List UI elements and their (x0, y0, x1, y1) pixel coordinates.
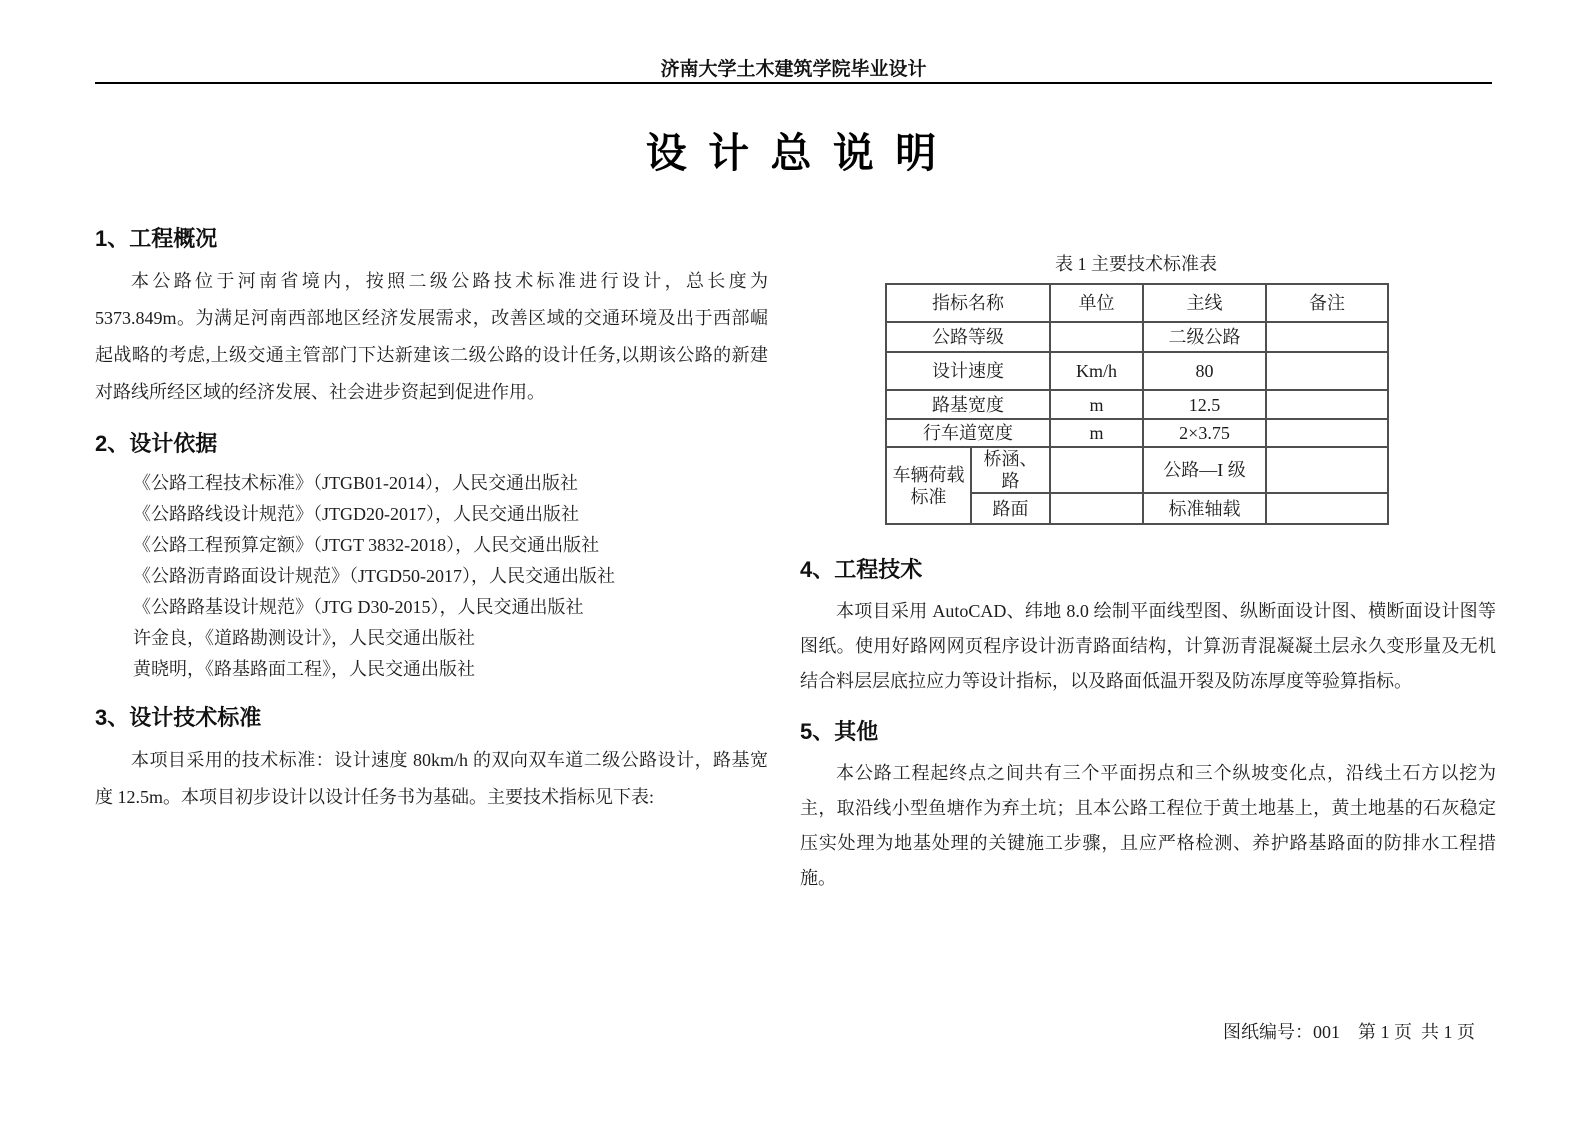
right-column: 表 1 主要技术标准表 指标名称 单位 主线 备注 公路等级 二级公路 设计速度… (800, 250, 1496, 900)
section-4-paragraph: 本项目采用 AutoCAD、纬地 8.0 绘制平面线型图、纵断面设计图、横断面设… (800, 594, 1496, 699)
table-cell-note (1266, 419, 1388, 447)
table-header-cell: 指标名称 (886, 284, 1050, 322)
page-title: 设 计 总 说 明 (0, 120, 1587, 179)
table-cell-name: 路基宽度 (886, 390, 1050, 419)
table-cell-mainline: 标准轴载 (1143, 493, 1266, 524)
table-cell-name: 设计速度 (886, 352, 1050, 390)
table-cell-unit: m (1050, 419, 1143, 447)
reference-item: 《公路路线设计规范》（JTGD20-2017），人民交通出版社 (133, 499, 768, 530)
table-header-cell: 备注 (1266, 284, 1388, 322)
table-cell-note (1266, 352, 1388, 390)
reference-item: 许金良，《道路勘测设计》，人民交通出版社 (133, 623, 768, 654)
table-cell-name: 公路等级 (886, 322, 1050, 352)
table-cell-sub-name: 路面 (971, 493, 1050, 524)
document-page: 济南大学土木建筑学院毕业设计 设 计 总 说 明 1、工程概况 本公路位于河南省… (0, 0, 1587, 1122)
table-cell-unit: m (1050, 390, 1143, 419)
left-column: 1、工程概况 本公路位于河南省境内，按照二级公路技术标准进行设计，总长度为 53… (95, 222, 768, 820)
table-row: 设计速度 Km/h 80 (886, 352, 1388, 390)
table-cell-note (1266, 390, 1388, 419)
reference-item: 《公路工程预算定额》（JTGT 3832-2018），人民交通出版社 (133, 530, 768, 561)
section-1-paragraph: 本公路位于河南省境内，按照二级公路技术标准进行设计，总长度为 5373.849m… (95, 263, 768, 411)
table-cell-note (1266, 322, 1388, 352)
table-cell-mainline: 公路—I 级 (1143, 447, 1266, 493)
reference-item: 黄晓明，《路基路面工程》，人民交通出版社 (133, 654, 768, 685)
table-cell-mainline: 2×3.75 (1143, 419, 1266, 447)
reference-item: 《公路沥青路面设计规范》（JTGD50-2017），人民交通出版社 (133, 561, 768, 592)
table-cell-unit (1050, 322, 1143, 352)
table-header-cell: 主线 (1143, 284, 1266, 322)
table-cell-unit (1050, 493, 1143, 524)
reference-item: 《公路工程技术标准》（JTGB01-2014），人民交通出版社 (133, 468, 768, 499)
table-row: 行车道宽度 m 2×3.75 (886, 419, 1388, 447)
table-cell-sub-name: 桥涵、路 (971, 447, 1050, 493)
table-cell-unit (1050, 447, 1143, 493)
table-cell-mainline: 80 (1143, 352, 1266, 390)
header-rule (95, 82, 1492, 84)
table-cell-mainline: 12.5 (1143, 390, 1266, 419)
table-cell-unit: Km/h (1050, 352, 1143, 390)
table-header-row: 指标名称 单位 主线 备注 (886, 284, 1388, 322)
section-heading-5: 5、其他 (800, 715, 1496, 746)
table-title: 表 1 主要技术标准表 (885, 250, 1387, 276)
table-row: 车辆荷载标准 桥涵、路 公路—I 级 (886, 447, 1388, 493)
section-heading-3: 3、设计技术标准 (95, 701, 768, 732)
reference-list: 《公路工程技术标准》（JTGB01-2014），人民交通出版社 《公路路线设计规… (133, 468, 768, 685)
header-title: 济南大学土木建筑学院毕业设计 (0, 54, 1587, 81)
section-heading-4: 4、工程技术 (800, 553, 1496, 584)
standards-table: 指标名称 单位 主线 备注 公路等级 二级公路 设计速度 Km/h 80 路基宽… (885, 283, 1389, 525)
table-cell-load-label: 车辆荷载标准 (886, 447, 971, 524)
table-row: 公路等级 二级公路 (886, 322, 1388, 352)
footer-page-info: 图纸编号：001 第 1 页 共 1 页 (1223, 1018, 1475, 1044)
table-cell-note (1266, 447, 1388, 493)
section-3-paragraph: 本项目采用的技术标准：设计速度 80km/h 的双向双车道二级公路设计，路基宽度… (95, 742, 768, 816)
section-heading-1: 1、工程概况 (95, 222, 768, 253)
section-heading-2: 2、设计依据 (95, 427, 768, 458)
table-cell-name: 行车道宽度 (886, 419, 1050, 447)
reference-item: 《公路路基设计规范》（JTG D30-2015），人民交通出版社 (133, 592, 768, 623)
table-row: 路基宽度 m 12.5 (886, 390, 1388, 419)
table-cell-mainline: 二级公路 (1143, 322, 1266, 352)
section-5-paragraph: 本公路工程起终点之间共有三个平面拐点和三个纵坡变化点，沿线土石方以挖为主，取沿线… (800, 756, 1496, 896)
table-header-cell: 单位 (1050, 284, 1143, 322)
table-cell-note (1266, 493, 1388, 524)
